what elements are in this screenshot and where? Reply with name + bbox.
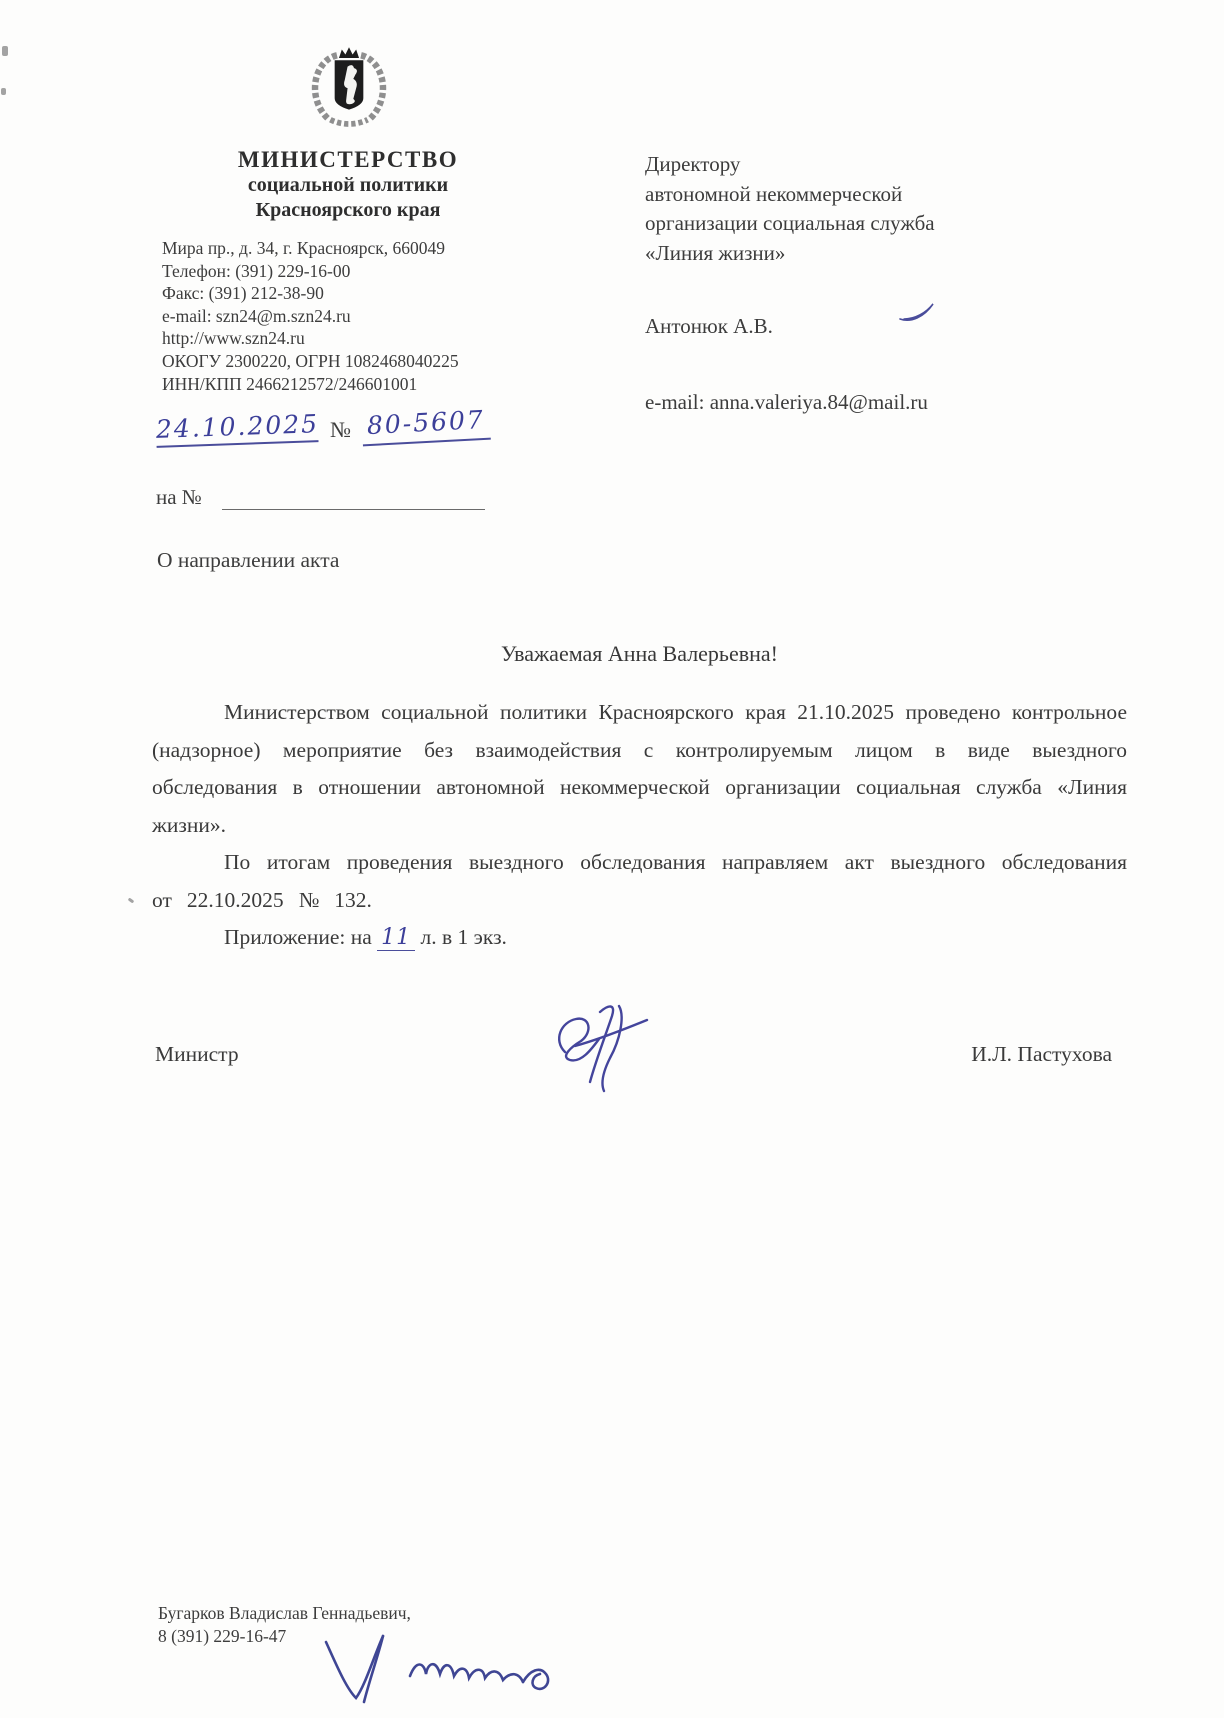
- addressee-line: «Линия жизни»: [645, 239, 1075, 269]
- executor-name: Бугарков Владислав Геннадьевич,: [158, 1602, 411, 1625]
- handwritten-outgoing-number: 80-5607: [361, 405, 491, 447]
- signer-name: И.Л. Пастухова: [890, 1042, 1112, 1067]
- letter-subject: О направлении акта: [157, 548, 339, 573]
- letterhead-org-name: МИНИСТЕРСТВО социальной политики Красноя…: [148, 146, 548, 223]
- handwritten-sheet-count: 11: [377, 925, 415, 951]
- contact-inn-kpp: ИНН/КПП 2466212572/246601001: [162, 373, 562, 396]
- reply-number-blank-line: [222, 509, 485, 510]
- scan-artifact: [2, 46, 8, 56]
- contact-address: Мира пр., д. 34, г. Красноярск, 660049: [162, 237, 562, 260]
- addressee-line: организации социальная служба: [645, 209, 1075, 239]
- org-name-line: социальной политики: [148, 173, 548, 198]
- org-name-line: Красноярского края: [148, 198, 548, 223]
- org-name-line: МИНИСТЕРСТВО: [148, 146, 548, 173]
- addressee-name: Антонюк А.В.: [645, 314, 773, 339]
- body-paragraph-2: По итогам проведения выездного обследова…: [152, 844, 1127, 919]
- scan-artifact: [128, 898, 135, 904]
- letter-body: Министерством социальной политики Красно…: [152, 694, 1127, 957]
- contact-website: http://www.szn24.ru: [162, 327, 562, 350]
- salutation: Уважаемая Анна Валерьевна!: [152, 641, 1127, 667]
- addressee-email: e-mail: anna.valeriya.84@mail.ru: [645, 390, 928, 415]
- executor-signature-icon: [268, 1632, 598, 1716]
- handwritten-date: 24.10.2025: [155, 409, 318, 448]
- contact-phone: Телефон: (391) 229-16-00: [162, 260, 562, 283]
- addressee-line: автономной некоммерческой: [645, 180, 1075, 210]
- number-sign-label: №: [330, 417, 351, 443]
- addressee-block: Директору автономной некоммерческой орга…: [645, 150, 1075, 268]
- pen-mark-icon: [895, 295, 941, 329]
- contact-okogu-ogrn: ОКОГУ 2300220, ОГРН 1082468040225: [162, 350, 562, 373]
- attachment-line: Приложение: на 11 л. в 1 экз.: [152, 919, 1127, 957]
- contact-email: e-mail: szn24@m.szn24.ru: [162, 305, 562, 328]
- letterhead-contacts: Мира пр., д. 34, г. Красноярск, 660049 Т…: [162, 237, 562, 395]
- attachment-suffix: л. в 1 экз.: [421, 925, 507, 949]
- body-paragraph-1: Министерством социальной политики Красно…: [152, 694, 1127, 844]
- signer-position: Министр: [155, 1042, 239, 1067]
- attachment-prefix: Приложение: на: [224, 925, 372, 949]
- reply-to-number-label: на №: [156, 485, 202, 510]
- minister-signature-icon: [545, 998, 670, 1098]
- coat-of-arms-icon: [306, 38, 392, 134]
- contact-fax: Факс: (391) 212-38-90: [162, 282, 562, 305]
- scan-artifact: [1, 88, 6, 95]
- letter-page: МИНИСТЕРСТВО социальной политики Красноя…: [0, 0, 1224, 1718]
- addressee-line: Директору: [645, 150, 1075, 180]
